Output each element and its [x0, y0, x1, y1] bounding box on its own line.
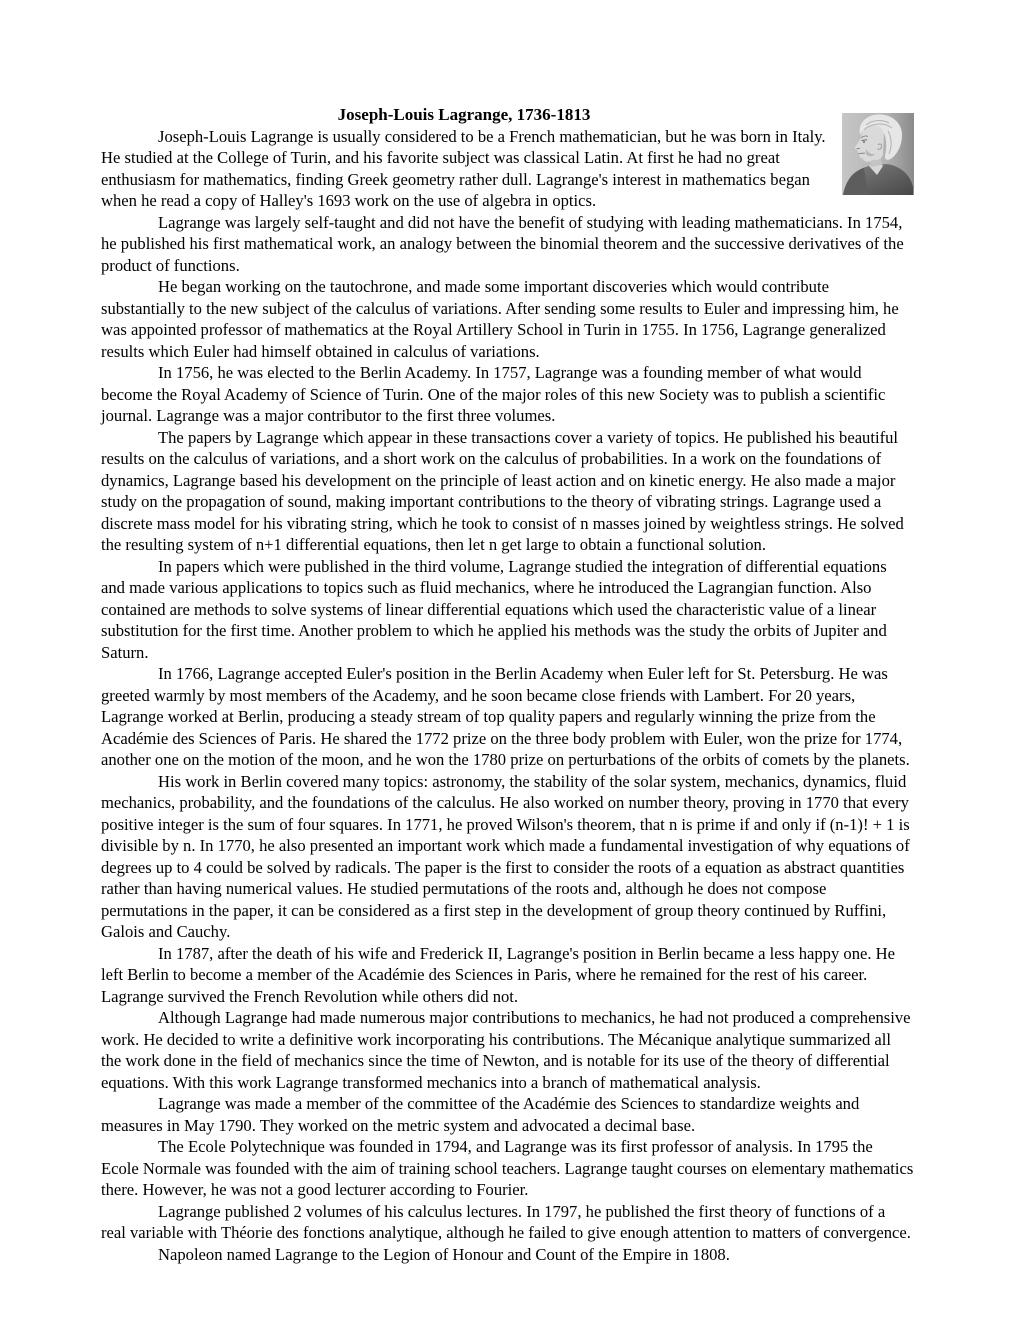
- paragraph-third-volume: In papers which were published in the th…: [101, 556, 914, 664]
- paragraph-tautochrone: He began working on the tautochrone, and…: [101, 276, 914, 362]
- paragraph-berlin-topics: His work in Berlin covered many topics: …: [101, 771, 914, 943]
- paragraph-1787-paris: In 1787, after the death of his wife and…: [101, 943, 914, 1008]
- paragraph-transactions-papers: The papers by Lagrange which appear in t…: [101, 427, 914, 556]
- paragraph-calculus-lectures: Lagrange published 2 volumes of his calc…: [101, 1201, 914, 1244]
- paragraph-weights-measures: Lagrange was made a member of the commit…: [101, 1093, 914, 1136]
- engraved-portrait-graphic: [842, 113, 914, 195]
- paragraph-napoleon: Napoleon named Lagrange to the Legion of…: [101, 1244, 914, 1266]
- document-page: Joseph-Louis Lagrange, 1736-1813 Joseph-…: [0, 0, 1020, 1265]
- paragraph-intro: Joseph-Louis Lagrange is usually conside…: [101, 126, 914, 212]
- lagrange-portrait-image: [842, 113, 914, 195]
- page-title: Joseph-Louis Lagrange, 1736-1813: [101, 104, 914, 126]
- paragraph-self-taught: Lagrange was largely self-taught and did…: [101, 212, 914, 277]
- paragraph-berlin-academy: In 1756, he was elected to the Berlin Ac…: [101, 362, 914, 427]
- paragraph-mecanique-analytique: Although Lagrange had made numerous majo…: [101, 1007, 914, 1093]
- paragraph-ecole-polytechnique: The Ecole Polytechnique was founded in 1…: [101, 1136, 914, 1201]
- paragraph-1766-berlin: In 1766, Lagrange accepted Euler's posit…: [101, 663, 914, 771]
